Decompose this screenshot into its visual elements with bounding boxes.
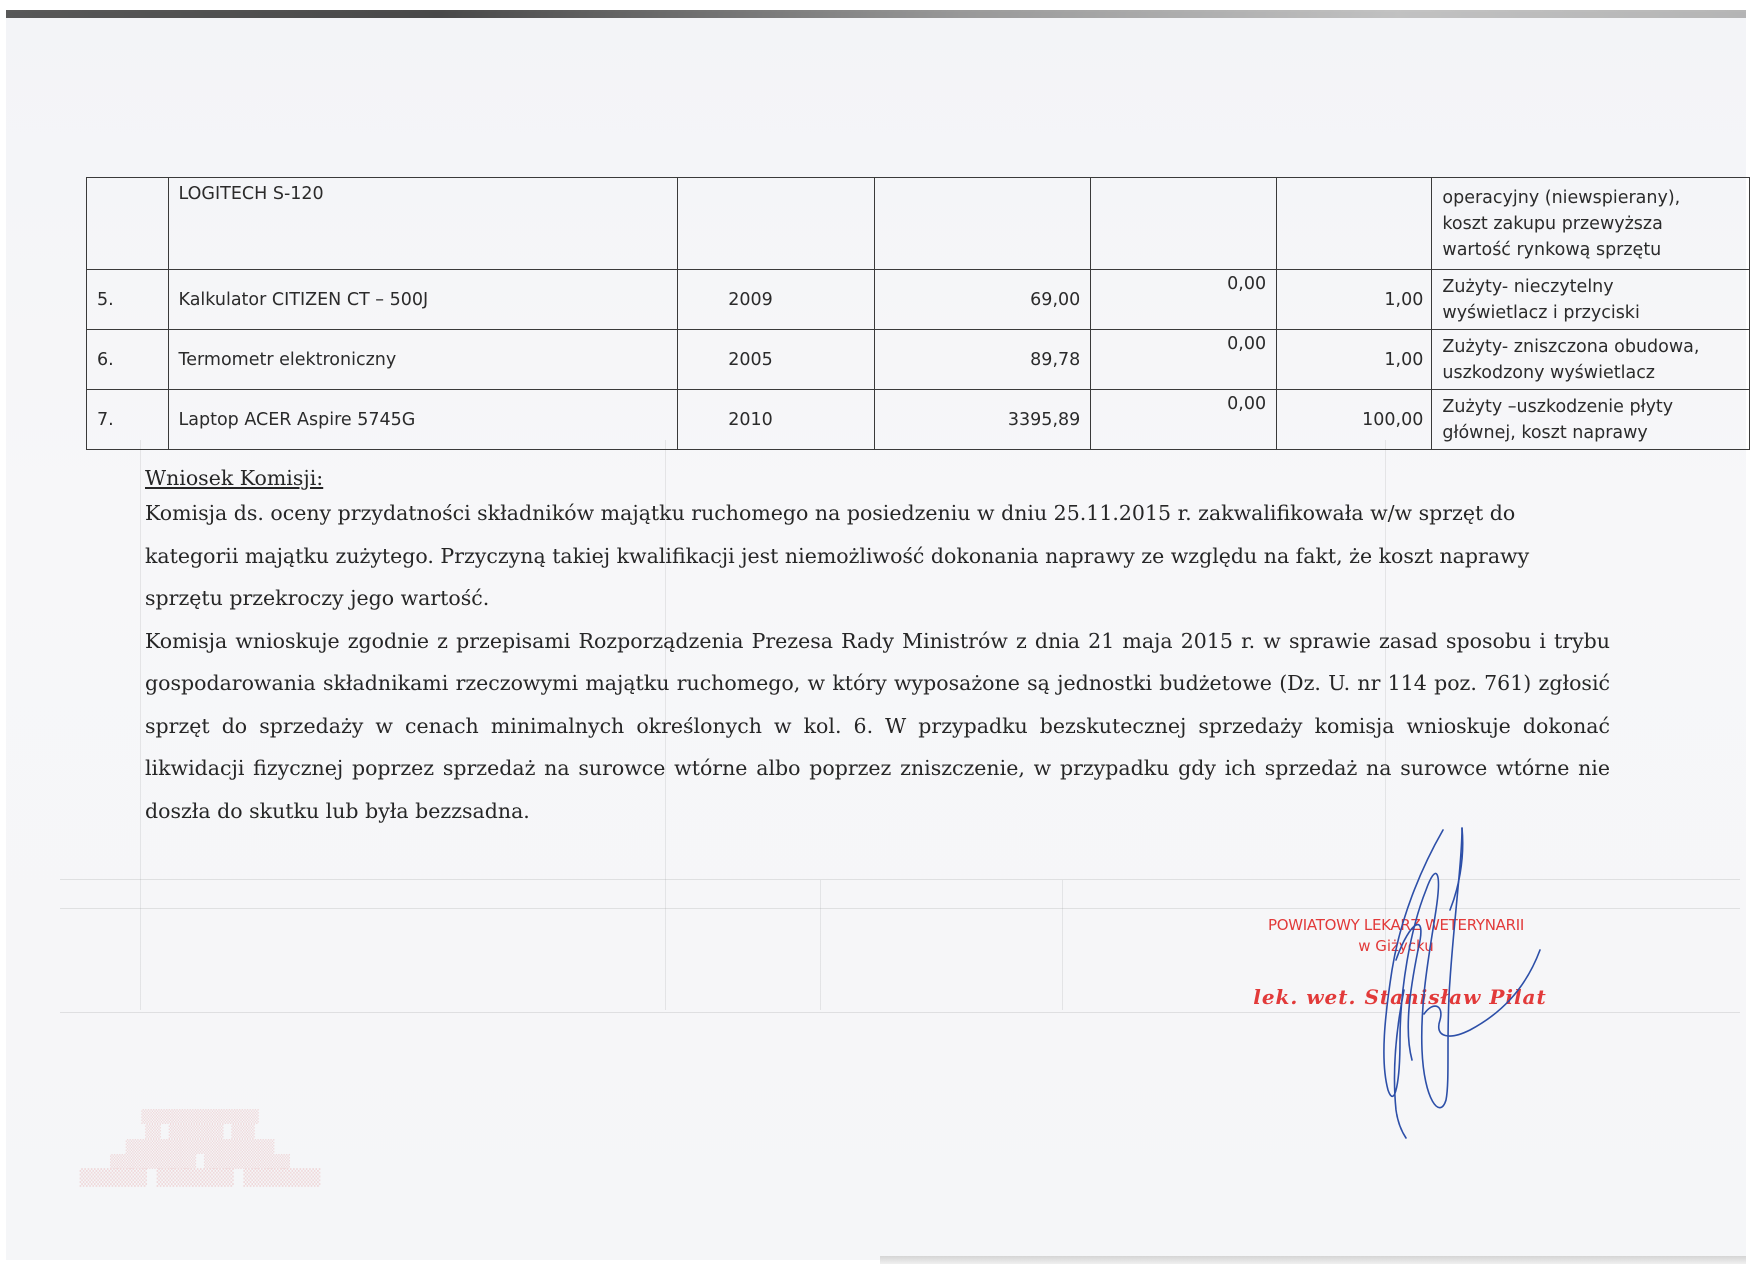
- cell-year: 2009: [678, 270, 875, 330]
- cell-number: 5.: [87, 270, 169, 330]
- cell-minimum-price: 100,00: [1277, 390, 1432, 450]
- condition-note-line: wyświetlacz i przyciski: [1442, 300, 1749, 326]
- scan-top-edge-shadow: [6, 10, 1746, 18]
- cell-repair-value: [1091, 178, 1277, 270]
- cell-year: 2005: [678, 330, 875, 390]
- table-row: LOGITECH S-120 operacyjny (niewspierany)…: [87, 178, 1750, 270]
- cell-number: 7.: [87, 390, 169, 450]
- cell-number: 6.: [87, 330, 169, 390]
- scan-bottom-edge-shadow: [880, 1256, 1746, 1264]
- bleed-through-line: [140, 440, 141, 1010]
- bleed-through-stamp: ▒▒▒▒▒▒▒▒▒▒▒▒▒▒▒ ▒▒▒ ▒▒▒▒▒▒▒ ▒▒ ▒▒▒▒▒▒▒▒▒…: [55, 1110, 345, 1185]
- cell-repair-value: 0,00: [1091, 270, 1277, 330]
- commission-conclusion: Wniosek Komisji: Komisja ds. oceny przyd…: [145, 466, 1610, 832]
- bleed-through-line: [1062, 880, 1063, 1010]
- cell-condition-note: Zużyty- zniszczona obudowa,uszkodzony wy…: [1432, 330, 1750, 390]
- cell-item-name: Kalkulator CITIZEN CT – 500J: [168, 270, 678, 330]
- cell-item-name: Laptop ACER Aspire 5745G: [168, 390, 678, 450]
- condition-note-line: wartość rynkową sprzętu: [1442, 237, 1749, 263]
- conclusion-heading: Wniosek Komisji:: [145, 466, 1610, 490]
- condition-note-line: Zużyty- nieczytelny: [1442, 274, 1749, 300]
- condition-note-line: głównej, koszt naprawy: [1442, 420, 1749, 446]
- cell-condition-note: Zużyty- nieczytelnywyświetlacz i przycis…: [1432, 270, 1750, 330]
- table-row: 5. Kalkulator CITIZEN CT – 500J 2009 69,…: [87, 270, 1750, 330]
- cell-condition-note: operacyjny (niewspierany),koszt zakupu p…: [1432, 178, 1750, 270]
- cell-year: 2010: [678, 390, 875, 450]
- cell-minimum-price: [1277, 178, 1432, 270]
- equipment-table: LOGITECH S-120 operacyjny (niewspierany)…: [86, 177, 1750, 450]
- cell-number: [87, 178, 169, 270]
- condition-note-line: koszt zakupu przewyższa: [1442, 211, 1749, 237]
- cell-minimum-price: 1,00: [1277, 330, 1432, 390]
- cell-book-value: 3395,89: [875, 390, 1091, 450]
- cell-book-value: 89,78: [875, 330, 1091, 390]
- table-row: 6. Termometr elektroniczny 2005 89,78 0,…: [87, 330, 1750, 390]
- conclusion-paragraph-1: Komisja ds. oceny przydatności składnikó…: [145, 492, 1610, 620]
- cell-condition-note: Zużyty –uszkodzenie płytygłównej, koszt …: [1432, 390, 1750, 450]
- cell-book-value: [875, 178, 1091, 270]
- cell-item-name: Termometr elektroniczny: [168, 330, 678, 390]
- cell-item-name: LOGITECH S-120: [168, 178, 678, 270]
- cell-repair-value: 0,00: [1091, 330, 1277, 390]
- condition-note-line: operacyjny (niewspierany),: [1442, 185, 1749, 211]
- condition-note-line: uszkodzony wyświetlacz: [1442, 360, 1749, 386]
- bleed-through-line: [820, 880, 821, 1010]
- condition-note-line: Zużyty- zniszczona obudowa,: [1442, 334, 1749, 360]
- condition-note-line: Zużyty –uszkodzenie płyty: [1442, 394, 1749, 420]
- handwritten-signature-icon: [1300, 800, 1560, 1140]
- cell-minimum-price: 1,00: [1277, 270, 1432, 330]
- cell-year: [678, 178, 875, 270]
- table-row: 7. Laptop ACER Aspire 5745G 2010 3395,89…: [87, 390, 1750, 450]
- cell-repair-value: 0,00: [1091, 390, 1277, 450]
- cell-book-value: 69,00: [875, 270, 1091, 330]
